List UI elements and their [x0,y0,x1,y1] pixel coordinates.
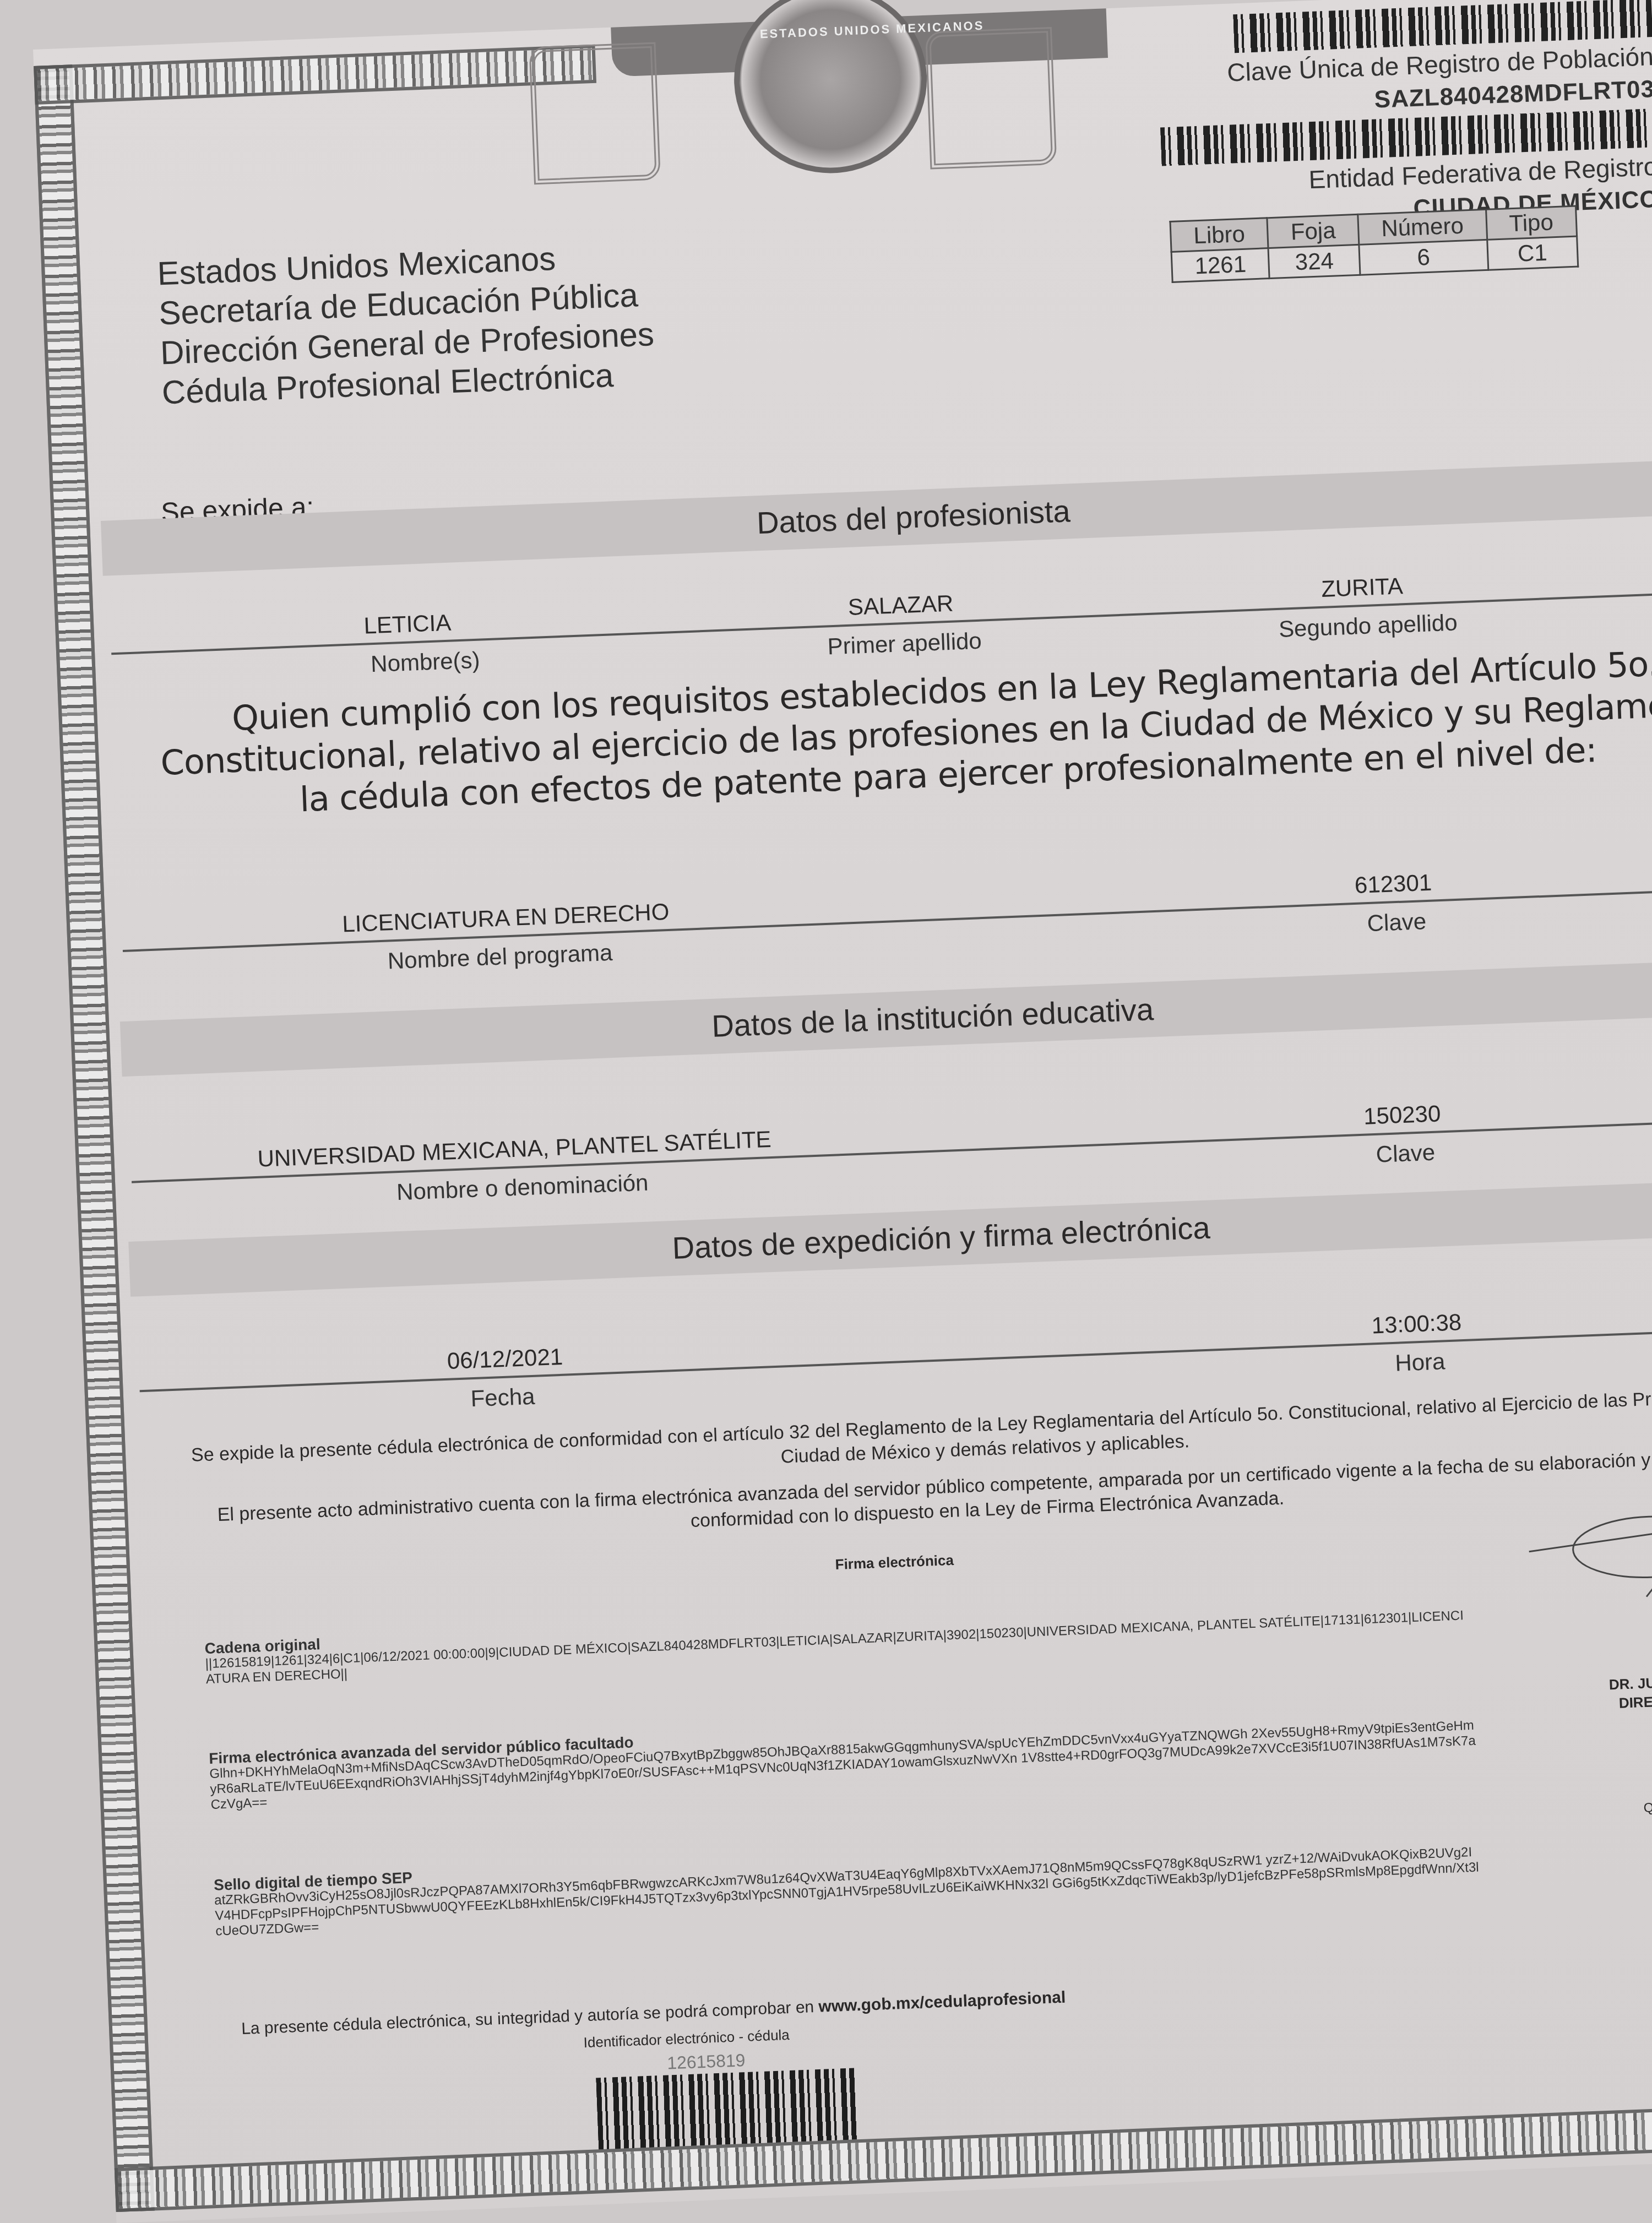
cell-numero: 6 [1359,240,1488,275]
id-barcode-icon [596,2068,857,2149]
institution-name-label: Nombre o denominación [396,1170,649,1206]
issue-time-value: 13:00:38 [1371,1309,1462,1339]
first-name-value: LETICIA [363,610,452,639]
first-name-label: Nombre(s) [370,647,480,678]
program-code-label: Clave [1367,908,1427,937]
cell-tipo: C1 [1487,236,1578,270]
institution-name-value: UNIVERSIDAD MEXICANA, PLANTEL SATÉLITE [257,1126,772,1172]
handwritten-signature-icon [1521,1481,1652,1612]
issue-date-label: Fecha [470,1383,535,1412]
section-institution-title: Datos de la institución educativa [120,959,1652,1077]
second-surname-label: Segundo apellido [1278,609,1458,642]
decorative-border-left [34,64,155,2203]
col-libro: Libro [1170,218,1268,252]
cell-foja: 324 [1268,244,1360,278]
program-name-label: Nombre del programa [387,939,613,975]
issue-time-label: Hora [1394,1348,1445,1376]
second-surname-value: ZURITA [1320,573,1403,602]
signer-block: DR. JUSTINO EDUARDO A DIRECTOR GENERAL D [1562,1666,1652,1714]
section-issuance-title: Datos de expedición y firma electrónica [128,1180,1652,1297]
verification-url: www.gob.mx/cedulaprofesional [818,1988,1066,2016]
program-code-value: 612301 [1354,869,1432,899]
col-foja: Foja [1267,214,1359,248]
decorative-border-top [34,45,596,105]
col-tipo: Tipo [1486,206,1577,240]
institution-code-label: Clave [1376,1139,1436,1168]
sello-digital-block: Sello digital de tiempo SEP atZRkGBRhOvv… [214,1829,1482,1939]
cadena-original-block: Cadena original ||12615819|1261|324|6|C1… [204,1592,1472,1687]
section-professional-title: Datos del profesionista [101,459,1652,576]
registry-block: Clave Única de Registro de Población SAZ… [1112,0,1652,233]
greca-ornament-icon [925,27,1057,170]
first-surname-value: SALAZAR [847,590,954,621]
greca-ornament-icon [529,42,660,185]
col-numero: Número [1358,209,1487,244]
institution-code-value: 150230 [1363,1100,1441,1129]
signature-section-title: Firma electrónica [835,1552,954,1573]
electronic-id-value: 12615819 [667,2050,746,2073]
issuer-header: Estados Unidos Mexicanos Secretaría de E… [156,235,656,412]
issue-date-value: 06/12/2021 [447,1344,563,1374]
decorative-border-bottom [115,2102,1652,2203]
cell-libro: 1261 [1171,248,1269,282]
firma-avanzada-block: Firma electrónica avanzada del servidor … [209,1703,1477,1813]
first-surname-label: Primer apellido [827,628,982,660]
electronic-id-label: Identificador electrónico - cédula [583,2026,790,2051]
signer-name: DR. JUSTINO EDUARDO A [1562,1666,1652,1695]
cedula-document: ESTADOS UNIDOS MEXICANOS Estados Unidos … [33,0,1652,2203]
qr-label: QR para valida [1643,1797,1652,1816]
